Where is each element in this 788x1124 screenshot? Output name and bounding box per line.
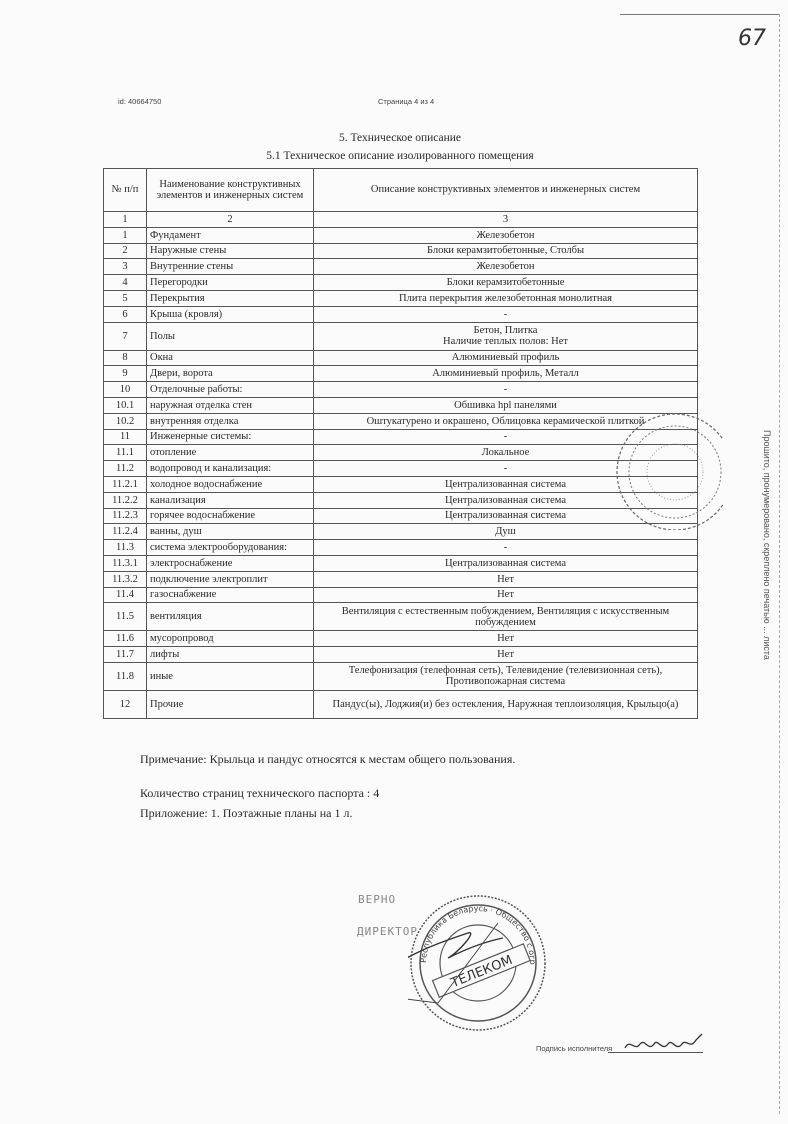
page-edge-right	[779, 14, 780, 1114]
row-number: 11.3	[104, 540, 147, 556]
table-row: 7ПолыБетон, Плитка Наличие теплых полов:…	[104, 322, 698, 350]
stamp-verno: ВЕРНО	[358, 893, 396, 906]
row-name: водопровод и канализация:	[147, 461, 314, 477]
attachment-note: Приложение: 1. Поэтажные планы на 1 л.	[140, 806, 352, 821]
row-number: 6	[104, 306, 147, 322]
row-description: Железобетон	[314, 259, 698, 275]
row-number: 10.1	[104, 397, 147, 413]
column-header-number: № п/п	[104, 169, 147, 212]
row-number: 9	[104, 366, 147, 382]
table-row: 11.5вентиляцияВентиляция с естественным …	[104, 603, 698, 631]
table-header-row: № п/п Наименование конструктивных элемен…	[104, 169, 698, 212]
row-number: 7	[104, 322, 147, 350]
table-row: 1ФундаментЖелезобетон	[104, 227, 698, 243]
row-number: 11.7	[104, 647, 147, 663]
row-description: Алюминиевый профиль, Металл	[314, 366, 698, 382]
row-name: наружная отделка стен	[147, 397, 314, 413]
row-description: Вентиляция с естественным побуждением, В…	[314, 603, 698, 631]
row-number: 10	[104, 382, 147, 398]
row-name: Инженерные системы:	[147, 429, 314, 445]
row-name: ванны, душ	[147, 524, 314, 540]
row-name: внутренняя отделка	[147, 413, 314, 429]
column-header-name: Наименование конструктивных элементов и …	[147, 169, 314, 212]
row-number: 11.5	[104, 603, 147, 631]
row-name: мусоропровод	[147, 631, 314, 647]
row-number: 1	[104, 227, 147, 243]
row-number: 10.2	[104, 413, 147, 429]
row-name: подключение электроплит	[147, 571, 314, 587]
table-row: 11.3система электрооборудования:-	[104, 540, 698, 556]
table-row: 11.3.2подключение электроплитНет	[104, 571, 698, 587]
row-number: 8	[104, 350, 147, 366]
row-number: 11.2.2	[104, 492, 147, 508]
table-row: 11.6мусоропроводНет	[104, 631, 698, 647]
subsection-title: 5.1 Техническое описание изолированного …	[0, 150, 788, 162]
row-name: Внутренние стены	[147, 259, 314, 275]
page-indicator: Страница 4 из 4	[378, 97, 434, 106]
table-row: 3Внутренние стеныЖелезобетон	[104, 259, 698, 275]
remark-note: Примечание: Крыльца и пандус относятся к…	[140, 752, 515, 767]
row-number: 11.2.1	[104, 476, 147, 492]
row-number: 11.6	[104, 631, 147, 647]
table-row: 11.3.1электроснабжениеЦентрализованная с…	[104, 555, 698, 571]
row-description: Железобетон	[314, 227, 698, 243]
row-description: Нет	[314, 587, 698, 603]
row-description: Телефонизация (телефонная сеть), Телевид…	[314, 662, 698, 690]
column-number: 3	[314, 212, 698, 228]
table-row: 8ОкнаАлюминиевый профиль	[104, 350, 698, 366]
row-number: 11.2.4	[104, 524, 147, 540]
row-name: Отделочные работы:	[147, 382, 314, 398]
row-name: электроснабжение	[147, 555, 314, 571]
binding-certification: Прошито, пронумеровано, скреплено печать…	[772, 430, 788, 440]
row-number: 3	[104, 259, 147, 275]
row-name: канализация	[147, 492, 314, 508]
table-row: 4ПерегородкиБлоки керамзитобетонные	[104, 275, 698, 291]
row-description: Плита перекрытия железобетонная монолитн…	[314, 290, 698, 306]
table-row: 11.7лифтыНет	[104, 647, 698, 663]
row-number: 11.2	[104, 461, 147, 477]
table-row: 5ПерекрытияПлита перекрытия железобетонн…	[104, 290, 698, 306]
row-name: отопление	[147, 445, 314, 461]
table-row: 6Крыша (кровля)-	[104, 306, 698, 322]
table-row: 9Двери, воротаАлюминиевый профиль, Метал…	[104, 366, 698, 382]
row-name: Окна	[147, 350, 314, 366]
binding-certification-text: Прошито, пронумеровано, скреплено печать…	[762, 430, 772, 660]
side-seal-icon	[603, 410, 723, 530]
row-name: Перекрытия	[147, 290, 314, 306]
row-name: Фундамент	[147, 227, 314, 243]
row-number: 11.3.1	[104, 555, 147, 571]
row-name: Наружные стены	[147, 243, 314, 259]
row-number: 11.2.3	[104, 508, 147, 524]
row-description: Блоки керамзитобетонные, Столбы	[314, 243, 698, 259]
row-name: холодное водоснабжение	[147, 476, 314, 492]
table-row: 2Наружные стеныБлоки керамзитобетонные, …	[104, 243, 698, 259]
row-number: 12	[104, 690, 147, 718]
signature-scribble-icon	[620, 1030, 710, 1060]
row-description: -	[314, 306, 698, 322]
table-row: 11.8иныеТелефонизация (телефонная сеть),…	[104, 662, 698, 690]
company-seal-icon: Республика Беларусь · Общество с огранич…	[408, 893, 548, 1033]
row-number: 11.8	[104, 662, 147, 690]
row-description: Пандус(ы), Лоджия(и) без остекления, Нар…	[314, 690, 698, 718]
row-number: 2	[104, 243, 147, 259]
row-name: Прочие	[147, 690, 314, 718]
column-number-row: 1 2 3	[104, 212, 698, 228]
row-description: Нет	[314, 647, 698, 663]
column-number: 1	[104, 212, 147, 228]
page-count-note: Количество страниц технического паспорта…	[140, 786, 379, 801]
row-description: Блоки керамзитобетонные	[314, 275, 698, 291]
row-name: горячее водоснабжение	[147, 508, 314, 524]
row-name: Двери, ворота	[147, 366, 314, 382]
row-number: 11.4	[104, 587, 147, 603]
row-name: газоснабжение	[147, 587, 314, 603]
page-edge-top	[620, 14, 780, 15]
row-name: иные	[147, 662, 314, 690]
column-header-description: Описание конструктивных элементов и инже…	[314, 169, 698, 212]
row-name: система электрооборудования:	[147, 540, 314, 556]
document-id: id: 40664750	[118, 97, 161, 106]
table-row: 12ПрочиеПандус(ы), Лоджия(и) без остекле…	[104, 690, 698, 718]
signature-label: Подпись исполнителя	[536, 1044, 612, 1053]
row-description: -	[314, 540, 698, 556]
row-name: Крыша (кровля)	[147, 306, 314, 322]
row-name: лифты	[147, 647, 314, 663]
row-number: 11.1	[104, 445, 147, 461]
row-number: 5	[104, 290, 147, 306]
row-description: Централизованная система	[314, 555, 698, 571]
row-name: Перегородки	[147, 275, 314, 291]
row-number: 11	[104, 429, 147, 445]
row-description: Нет	[314, 571, 698, 587]
row-description: Нет	[314, 631, 698, 647]
table-row: 10Отделочные работы:-	[104, 382, 698, 398]
row-description: -	[314, 382, 698, 398]
column-number: 2	[147, 212, 314, 228]
handwritten-page-number: 67	[738, 26, 766, 51]
row-description: Бетон, Плитка Наличие теплых полов: Нет	[314, 322, 698, 350]
table-row: 11.4газоснабжениеНет	[104, 587, 698, 603]
row-number: 11.3.2	[104, 571, 147, 587]
row-name: вентиляция	[147, 603, 314, 631]
section-title: 5. Техническое описание	[0, 132, 788, 144]
row-number: 4	[104, 275, 147, 291]
row-description: Алюминиевый профиль	[314, 350, 698, 366]
row-name: Полы	[147, 322, 314, 350]
